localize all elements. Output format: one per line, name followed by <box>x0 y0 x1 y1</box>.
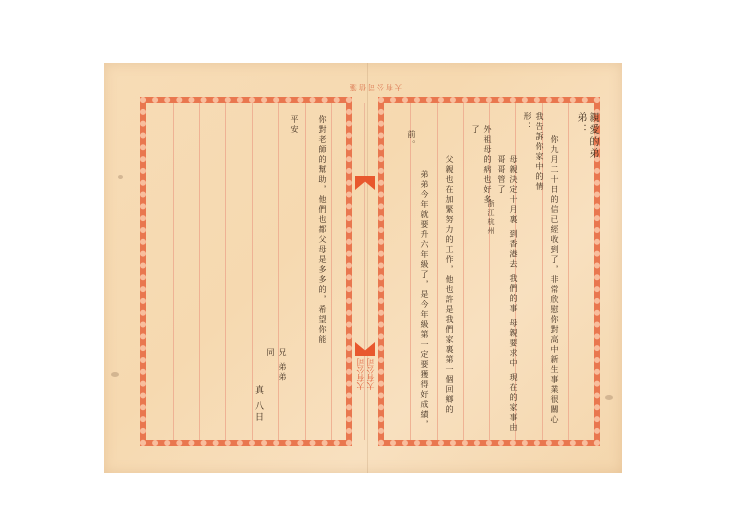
letter-column-1: 你九月二十日的信已經收到了，非常欣慰你對高中新生事業很關心 <box>548 135 560 435</box>
letter-column-2: 我告訴你家中的情形： <box>521 112 545 192</box>
letter-column-9: 平安 <box>288 115 300 145</box>
signature: 真 八日 <box>252 385 264 425</box>
salutation: 親愛的弟弟： <box>574 112 598 162</box>
strip-print-right: 大有公司 <box>366 358 375 390</box>
ruled-line <box>410 103 411 440</box>
letter-column-3: 母親決定十月裏 到香港去 我們的事 母親要求中 現在的家事由哥哥管了 <box>495 155 519 435</box>
margin-annotation: 浙江杭州 <box>485 200 497 240</box>
ruled-line <box>199 103 200 440</box>
ruled-line <box>331 103 332 440</box>
letter-column-6: 弟弟今年就要升六年級了，是今年級第一定要獲得好成績， <box>418 170 430 435</box>
strip-print-left: 大有公司 <box>356 358 365 390</box>
ruled-line <box>225 103 226 440</box>
letter-column-8: 你對老師的幫助，他們也都父母是多多的，希望你能 <box>316 115 328 415</box>
letter-column-7: 前。 <box>405 130 417 150</box>
letter-column-4: 外祖母的病也好多了 <box>469 125 493 205</box>
paper-stain <box>605 395 613 400</box>
stationery-header: 大有公司信箋 <box>0 82 750 92</box>
ruled-line <box>463 103 464 440</box>
letter-column-5: 父親也在加緊努力的工作，他也許是我們家裏第一個回鄉的 <box>443 155 455 435</box>
ruled-line <box>437 103 438 440</box>
ruled-line <box>568 103 569 440</box>
ruled-line <box>278 103 279 440</box>
ruled-line <box>173 103 174 440</box>
closing: 兄 弟弟 同 <box>264 348 288 388</box>
paper-stain <box>118 175 123 179</box>
ruled-line <box>305 103 306 440</box>
paper-stain <box>111 372 119 377</box>
